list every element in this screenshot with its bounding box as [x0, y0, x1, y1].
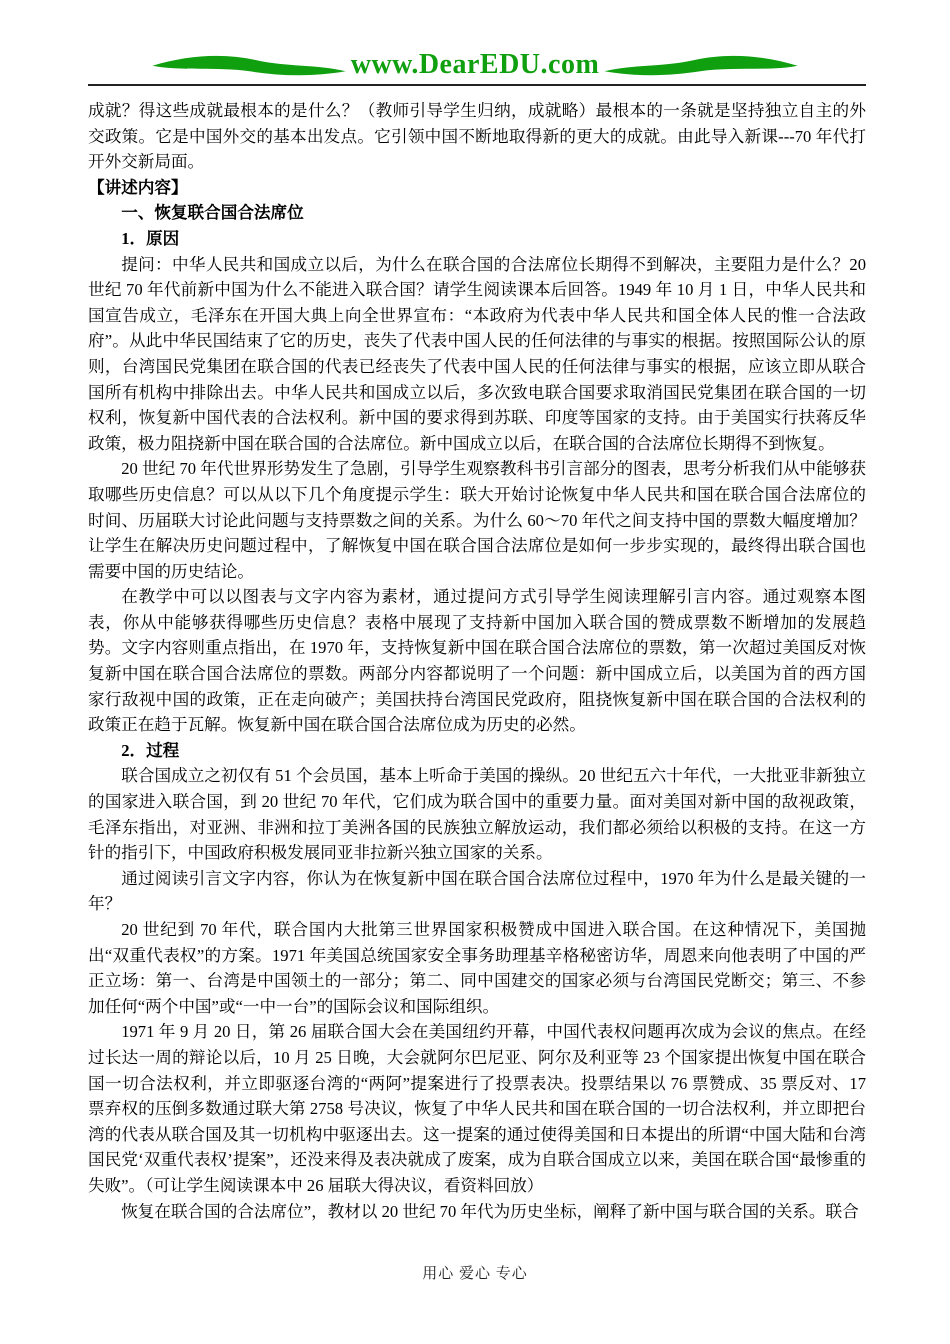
- paragraph: 通过阅读引言文字内容，你认为在恢复新中国在联合国合法席位过程中，1970 年为什…: [88, 866, 866, 917]
- paragraph: 恢复在联合国的合法席位”，教材以 20 世纪 70 年代为历史坐标，阐释了新中国…: [88, 1199, 866, 1225]
- section-heading: 1．原因: [88, 226, 866, 252]
- swoosh-left-icon: [151, 52, 347, 78]
- paragraph: 在教学中可以以图表与文字内容为素材，通过提问方式引导学生阅读理解引言内容。通过观…: [88, 584, 866, 738]
- logo-text: www.DearEDU.com: [351, 50, 600, 80]
- section-heading: 【讲述内容】: [88, 175, 866, 201]
- paragraph: 20 世纪 70 年代世界形势发生了急剧，引导学生观察教科书引言部分的图表，思考…: [88, 456, 866, 584]
- swoosh-right-icon: [603, 52, 799, 78]
- page-footer: 用心 爱心 专心: [0, 1262, 950, 1283]
- paragraph: 联合国成立之初仅有 51 个会员国，基本上听命于美国的操纵。20 世纪五六十年代…: [88, 763, 866, 865]
- paragraph: 1971 年 9 月 20 日，第 26 届联合国大会在美国纽约开幕，中国代表权…: [88, 1019, 866, 1198]
- paragraph: 20 世纪到 70 年代，联合国内大批第三世界国家积极赞成中国进入联合国。在这种…: [88, 917, 866, 1019]
- document-body: 成就？得这些成就最根本的是什么？（教师引导学生归纳，成就略）最根本的一条就是坚持…: [88, 98, 866, 1224]
- dearedu-logo: www.DearEDU.com: [0, 50, 950, 80]
- paragraph: 成就？得这些成就最根本的是什么？（教师引导学生归纳，成就略）最根本的一条就是坚持…: [88, 98, 866, 175]
- section-heading: 一、恢复联合国合法席位: [88, 200, 866, 226]
- header-divider: [88, 84, 866, 86]
- section-heading: 2．过程: [88, 738, 866, 764]
- document-page: www.DearEDU.com 成就？得这些成就最根本的是什么？（教师引导学生归…: [0, 0, 950, 1344]
- paragraph: 提问：中华人民共和国成立以后，为什么在联合国的合法席位长期得不到解决，主要阻力是…: [88, 252, 866, 457]
